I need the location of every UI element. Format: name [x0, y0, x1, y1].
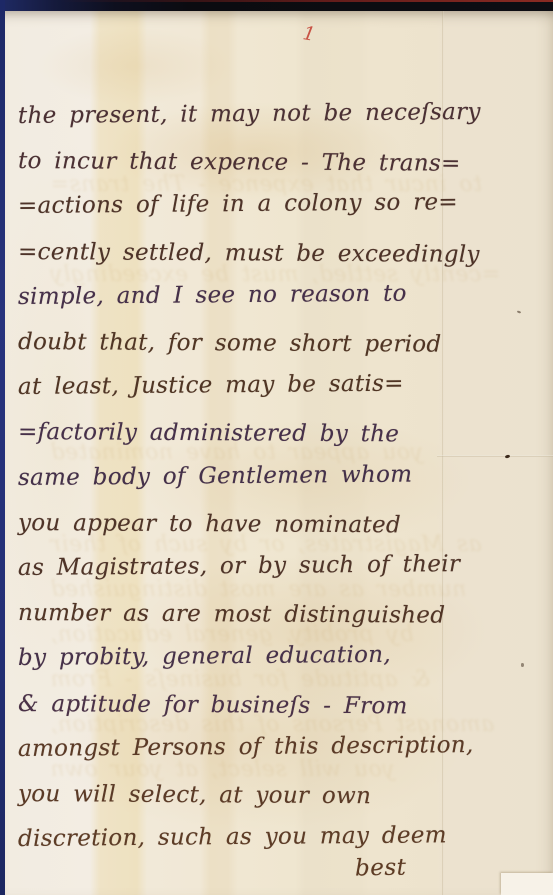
manuscript-line: =factorily administered by the [18, 417, 399, 449]
catchword: best [355, 853, 407, 884]
manuscript-line: at least, Justice may be satis= [18, 369, 404, 402]
manuscript-line: you appear to have nominated [18, 508, 401, 540]
manuscript-line: the present, it may not be neceſsary [18, 97, 481, 131]
manuscript-line: by probity, general education, [18, 640, 391, 673]
manuscript-line: doubt that, for some short period [18, 327, 442, 360]
manuscript-line: you will select, at your own [18, 779, 371, 811]
next-page-corner [501, 873, 553, 895]
manuscript-line: & aptitude for busineſs - From [18, 689, 408, 721]
manuscript-line: discretion, such as you may deem [18, 820, 447, 854]
scanned-letter-page: to incur that expence - The trans==centl… [0, 0, 553, 895]
ink-speck [521, 663, 524, 667]
manuscript-line: =cently settled, must be exceedingly [18, 237, 480, 270]
letter-paper: to incur that expence - The trans==centl… [5, 11, 553, 895]
manuscript-line: =actions of life in a colony so re= [18, 188, 458, 222]
manuscript-line: amongst Persons of this description, [18, 730, 474, 764]
manuscript-line: as Magistrates, or by such of their [18, 549, 460, 583]
manuscript-line: simple, and I see no reason to [18, 278, 407, 311]
manuscript-line: to incur that expence - The trans= [18, 146, 461, 179]
scan-left-border [0, 0, 5, 895]
manuscript-line: same body of Gentlemen whom [18, 459, 413, 492]
scan-top-border [0, 0, 553, 11]
manuscript-text-layer: the present, it may not be neceſsaryto i… [5, 11, 553, 895]
manuscript-line: number as are most distinguished [18, 598, 445, 631]
